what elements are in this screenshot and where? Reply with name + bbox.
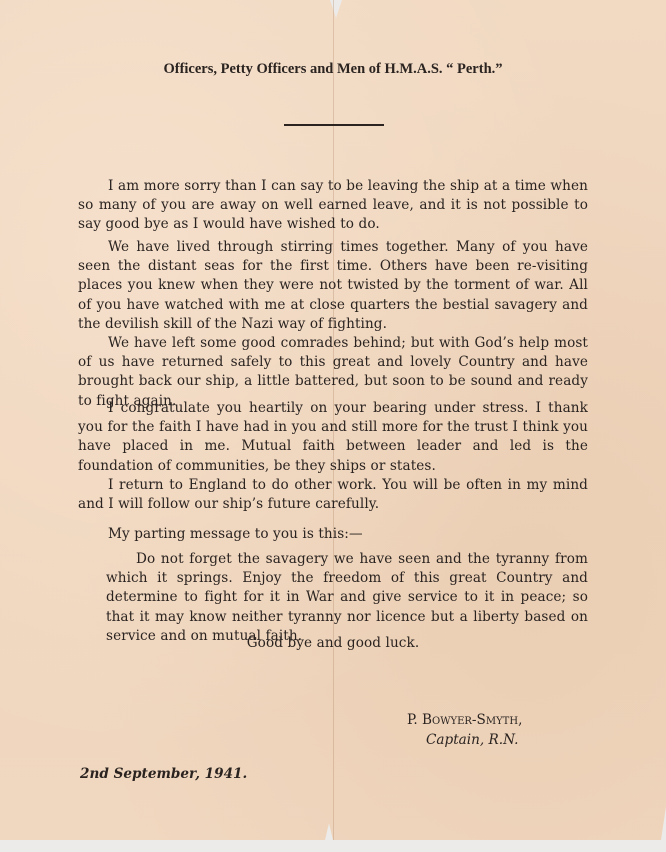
letter-heading: Officers, Petty Officers and Men of H.M.… bbox=[0, 61, 666, 78]
parting-intro: My parting message to you is this:— bbox=[78, 525, 588, 544]
paragraph-4: I congratulate you heartily on your bear… bbox=[78, 399, 588, 476]
heading-rule bbox=[284, 124, 384, 126]
farewell-line: Good bye and good luck. bbox=[78, 634, 588, 653]
paragraph-1: I am more sorry than I can say to be lea… bbox=[78, 177, 588, 235]
signature-rank: Captain, R.N. bbox=[426, 732, 518, 748]
parting-message: Do not forget the savagery we have seen … bbox=[106, 550, 588, 646]
paragraph-5: I return to England to do other work. Yo… bbox=[78, 476, 588, 514]
signature-name: P. Bowyer-Smyth, bbox=[407, 712, 522, 728]
paragraph-2: We have lived through stirring times tog… bbox=[78, 238, 588, 334]
letter-date: 2nd September, 1941. bbox=[80, 766, 247, 782]
